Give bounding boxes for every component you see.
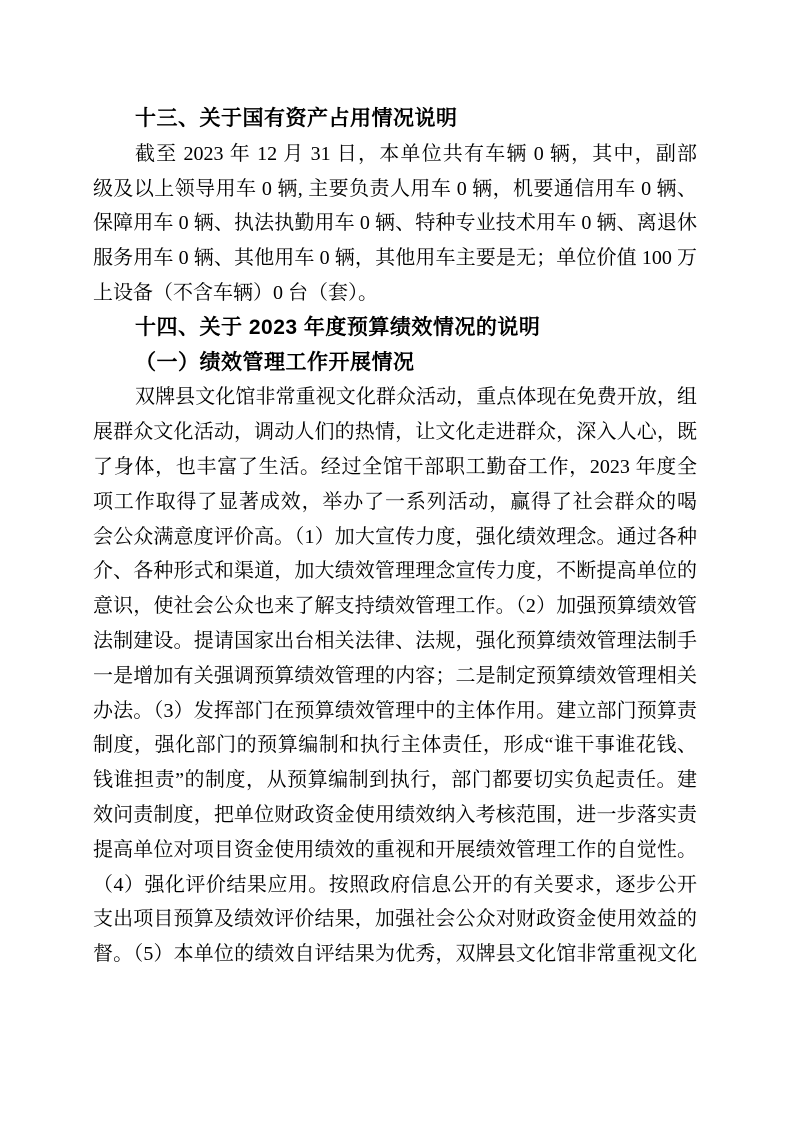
paragraph-line: 截至 2023 年 12 月 31 日，本单位共有车辆 0 辆，其中，副部（省）	[93, 137, 697, 172]
document-page: 十三、关于国有资产占用情况说明 截至 2023 年 12 月 31 日，本单位共…	[0, 0, 793, 1122]
paragraph-line: 介、各种形式和渠道，加大绩效管理理念宣传力度，不断提高单位的绩效	[93, 554, 697, 589]
paragraph-line: 上设备（不含车辆）0 台（套）。	[93, 276, 697, 311]
paragraph-line: 项工作取得了显著成效，举办了一系列活动，赢得了社会群众的喝彩，社	[93, 485, 697, 520]
paragraph-line: 级及以上领导用车 0 辆, 主要负责人用车 0 辆，机要通信用车 0 辆、应急	[93, 172, 697, 207]
paragraph-line: 提高单位对项目资金使用绩效的重视和开展绩效管理工作的自觉性。	[93, 833, 697, 868]
paragraph-line: 督。（5）本单位的绩效自评结果为优秀，双牌县文化馆非常重视文化群	[93, 937, 697, 972]
section-14-subheading: （一）绩效管理工作开展情况	[93, 346, 697, 381]
paragraph-line: 支出项目预算及绩效评价结果，加强社会公众对财政资金使用效益的监	[93, 902, 697, 937]
paragraph-line: （4）强化评价结果应用。按照政府信息公开的有关要求，逐步公开财政	[93, 868, 697, 903]
paragraph-line: 了身体，也丰富了生活。经过全馆干部职工勤奋工作，2023 年度全馆各	[93, 450, 697, 485]
paragraph-line: 法制建设。提请国家出台相关法律、法规，强化预算绩效管理法制手段，	[93, 624, 697, 659]
paragraph-line: 办法。（3）发挥部门在预算绩效管理中的主体作用。建立部门预算责任	[93, 694, 697, 729]
document-content: 十三、关于国有资产占用情况说明 截至 2023 年 12 月 31 日，本单位共…	[93, 102, 697, 972]
paragraph-line: 一是增加有关强调预算绩效管理的内容；二是制定预算绩效管理相关制度	[93, 659, 697, 694]
section-14-heading: 十四、关于 2023 年度预算绩效情况的说明	[93, 311, 697, 346]
paragraph-line: 双牌县文化馆非常重视文化群众活动，重点体现在免费开放，组织开	[93, 380, 697, 415]
paragraph-line: 会公众满意度评价高。（1）加大宣传力度，强化绩效理念。通过各种媒	[93, 520, 697, 555]
section-13-heading: 十三、关于国有资产占用情况说明	[93, 102, 697, 137]
paragraph-line: 展群众文化活动，调动人们的热情，让文化走进群众，深入人心，既锻炼	[93, 415, 697, 450]
paragraph-line: 效问责制度，把单位财政资金使用绩效纳入考核范围，进一步落实责任，	[93, 798, 697, 833]
paragraph-line: 制度，强化部门的预算编制和执行主体责任，形成“谁干事谁花钱、谁花	[93, 728, 697, 763]
paragraph-line: 钱谁担责”的制度，从预算编制到执行，部门都要切实负起责任。建立绩	[93, 763, 697, 798]
paragraph-line: 保障用车 0 辆、执法执勤用车 0 辆、特种专业技术用车 0 辆、离退休干部	[93, 206, 697, 241]
paragraph-line: 服务用车 0 辆、其他用车 0 辆，其他用车主要是无；单位价值 100 万元以	[93, 241, 697, 276]
paragraph-line: 意识，使社会公众也来了解支持绩效管理工作。（2）加强预算绩效管理	[93, 589, 697, 624]
